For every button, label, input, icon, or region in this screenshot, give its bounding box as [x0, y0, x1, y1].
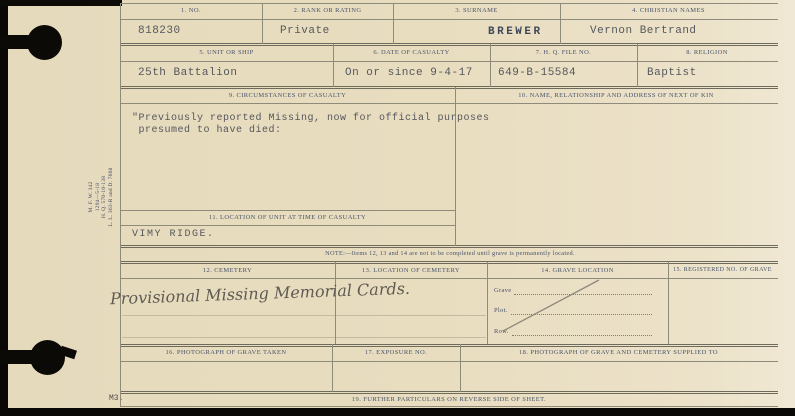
field-christian-names-value: Vernon Bertrand	[590, 25, 697, 37]
scan-edge-shadow	[0, 0, 122, 6]
field-circumstances-value: "Previously reported Missing, now for of…	[132, 113, 490, 137]
field-cemetery-label: 12. CEMETERY	[120, 266, 335, 275]
rule	[455, 87, 456, 246]
field-location-of-cemetery-label: 13. LOCATION OF CEMETERY	[335, 266, 487, 275]
field-rank-value: Private	[280, 25, 330, 37]
field-hq-file-label: 7. H. Q. FILE NO.	[490, 48, 637, 57]
field-registered-no-label: 15. REGISTERED NO. OF GRAVE	[668, 266, 777, 275]
dotted-leader	[511, 307, 652, 315]
plot-label: Plot.	[494, 307, 508, 315]
field-date-of-casualty-value: On or since 9-4-17	[345, 67, 473, 79]
grave-row: Grave	[494, 287, 652, 295]
field-religion-label: 8. RELIGION	[637, 48, 777, 57]
field-christian-names-label: 4. CHRISTIAN NAMES	[560, 6, 777, 15]
rule-faint	[122, 315, 486, 316]
field-further-particulars-label: 19. FURTHER PARTICULARS ON REVERSE SIDE …	[120, 395, 778, 404]
field-religion-value: Baptist	[647, 67, 697, 79]
dotted-leader	[512, 328, 652, 336]
field-date-of-casualty-label: 6. DATE OF CASUALTY	[333, 48, 490, 57]
field-next-of-kin-label: 10. NAME, RELATIONSHIP AND ADDRESS OF NE…	[455, 91, 777, 100]
rule	[120, 344, 778, 347]
field-unit-value: 25th Battalion	[138, 67, 237, 79]
field-no-value: 818230	[138, 25, 181, 37]
row-label: Row.	[494, 328, 509, 336]
rule	[120, 86, 778, 89]
rule	[120, 3, 778, 4]
rule	[120, 278, 778, 279]
row-row: Row.	[494, 328, 652, 336]
field-surname-value: BREWER	[488, 26, 543, 38]
punch-hole-top-stem	[0, 35, 32, 49]
field-unit-label: 5. UNIT OR SHIP	[120, 48, 333, 57]
rule	[120, 61, 778, 62]
rule	[120, 225, 455, 226]
field-rank-label: 2. RANK OR RATING	[262, 6, 393, 15]
rule-faint	[122, 337, 486, 338]
rule	[120, 210, 455, 211]
field-grave-location-label: 14. GRAVE LOCATION	[487, 266, 668, 275]
field-hq-file-value: 649-B-15584	[498, 67, 576, 79]
rule	[120, 261, 778, 264]
scanned-casualty-form: { "document_type": "military casualty fo…	[0, 0, 795, 416]
casualty-card: 1. NO. 2. RANK OR RATING 3. SURNAME 4. C…	[120, 0, 780, 408]
rule	[120, 43, 778, 46]
punch-hole-top	[27, 25, 62, 60]
punch-hole-bottom	[30, 340, 65, 375]
field-exposure-label: 17. EXPOSURE NO.	[332, 348, 460, 357]
field-circumstances-label: 9. CIRCUMSTANCES OF CASUALTY	[120, 91, 455, 100]
rule	[120, 406, 778, 407]
rule	[120, 3, 121, 407]
rule	[120, 245, 778, 248]
punch-hole-bottom-stem	[0, 350, 35, 364]
field-no-label: 1. NO.	[120, 6, 262, 15]
field-photo-taken-label: 16. PHOTOGRAPH OF GRAVE TAKEN	[120, 348, 332, 357]
rule	[120, 391, 778, 394]
plot-row: Plot.	[494, 307, 652, 315]
grave-label: Grave	[494, 287, 511, 295]
field-location-of-unit-value: VIMY RIDGE.	[132, 229, 215, 240]
dotted-leader	[514, 287, 652, 295]
field-cemetery-value: Provisional Missing Memorial Cards.	[110, 279, 410, 308]
field-surname-label: 3. SURNAME	[393, 6, 560, 15]
field-photo-supplied-label: 18. PHOTOGRAPH OF GRAVE AND CEMETERY SUP…	[460, 348, 777, 357]
rule	[120, 361, 778, 362]
field-location-of-unit-label: 11. LOCATION OF UNIT AT TIME OF CASUALTY	[120, 213, 455, 222]
rule	[120, 19, 778, 20]
grave-note: NOTE:—Items 12, 13 and 14 are not to be …	[120, 250, 780, 257]
margin-form-references: M. F. W. 342 1294—5-18 H. Q. 570-10-138 …	[88, 133, 114, 261]
rule	[120, 103, 778, 104]
